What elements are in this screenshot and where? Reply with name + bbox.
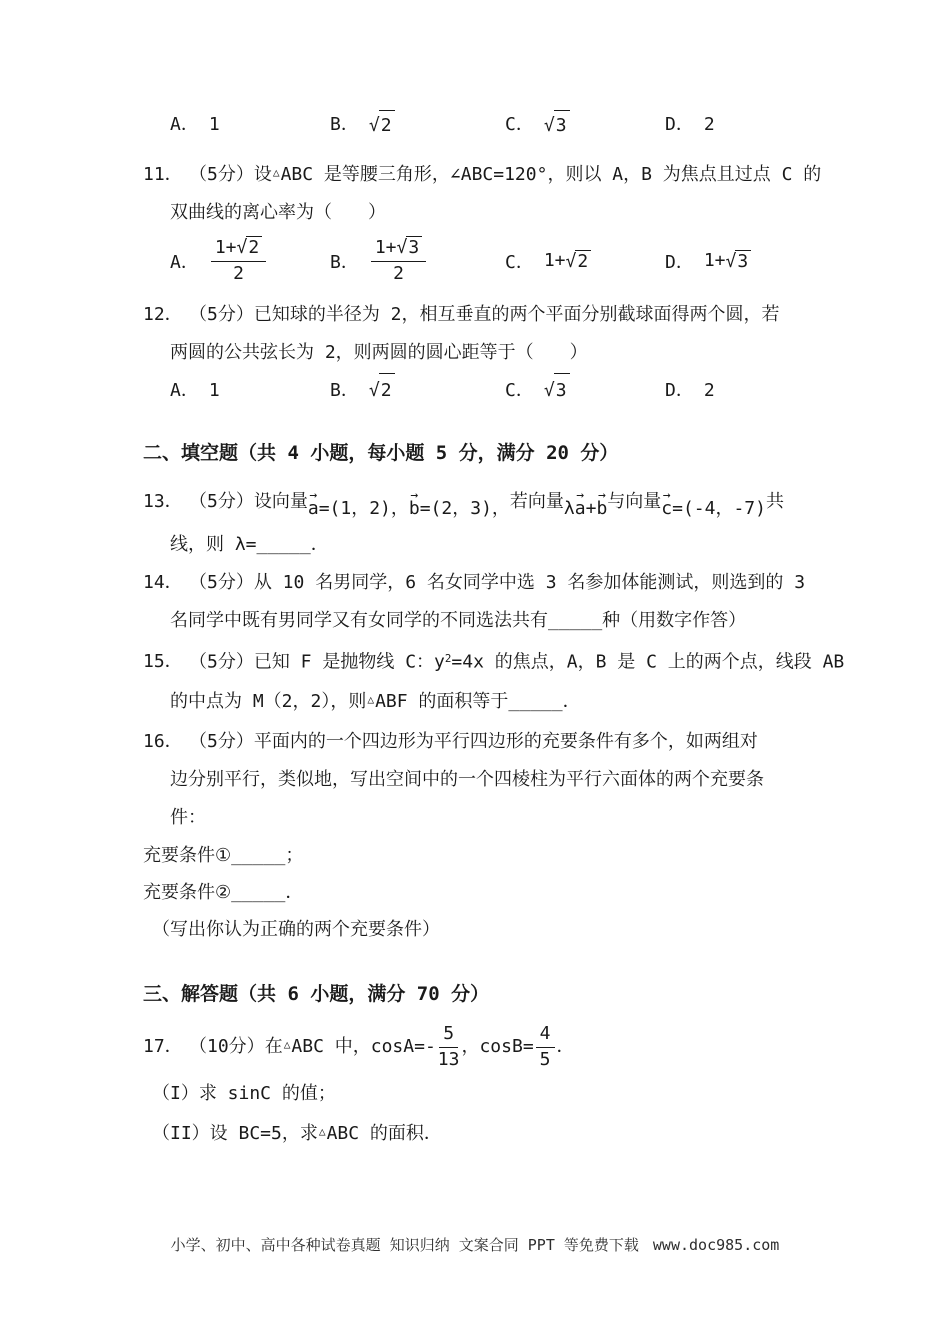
footer-text: 小学、初中、高中各种试卷真题 知识归纳 文案合同 PPT 等免费下载 (171, 1236, 639, 1254)
question-text: （II）设 BC=5，求 (152, 1123, 318, 1144)
question-text: 若向量 (510, 491, 564, 512)
section-3-header: 三、解答题（共 6 小题，满分 70 分） (143, 975, 950, 1013)
option-label: B． (330, 248, 359, 274)
denominator: 13 (438, 1048, 460, 1072)
question-text: ． (557, 1036, 575, 1057)
option-c: C． √3 (505, 373, 665, 408)
option-label: C． (505, 374, 534, 408)
option-b: B． √2 (330, 373, 505, 408)
option-label: B． (330, 374, 359, 408)
option-c: C． 1+√2 (505, 248, 665, 274)
question-10-options: A．1 B． √2 C． √3 D．2 (170, 110, 950, 140)
question-number: 17． (143, 1019, 189, 1075)
question-text: 平面内的一个四边形为平行四边形的充要条件有多个，如两组对 (254, 731, 758, 752)
footer-url: www.doc985.com (653, 1236, 779, 1254)
exam-document-page: A．1 B． √2 C． √3 D．2 11．（5分）设△ABC 是等腰三角形，… (0, 0, 950, 1344)
sqrt-expression: √2 (369, 373, 395, 408)
question-text: ABC 中，cosA=- (291, 1036, 435, 1057)
question-text: 两圆的公共弦长为 2，则两圆的圆心距等于（ ） (170, 342, 588, 363)
question-17-part-2: （II）设 BC=5，求△ABC 的面积． (152, 1113, 950, 1153)
option-b: B． √2 (330, 110, 505, 141)
numerator: 4 (536, 1023, 555, 1048)
sqrt-expression: √2 (566, 250, 592, 272)
question-text: ABF 的面积等于_____． (375, 691, 581, 712)
question-text: 共 (766, 491, 784, 512)
sqrt-expression: √3 (397, 236, 423, 260)
question-text: ABC 是等腰三角形，∠ABC=120°，则以 A，B 为焦点且过点 C 的 (281, 164, 822, 185)
sqrt-expression: √2 (369, 110, 395, 141)
question-text: 边分别平行，类似地，写出空间中的一个四棱柱为平行六面体的两个充要条 (170, 769, 764, 790)
vector-arrow-icon: → (598, 489, 606, 503)
plus-sign: + (586, 498, 597, 519)
page-footer: 小学、初中、高中各种试卷真题 知识归纳 文案合同 PPT 等免费下载www.do… (0, 1234, 950, 1256)
radicand: 3 (735, 250, 751, 272)
question-score: （5分） (189, 572, 254, 593)
question-14-line-2: 名同学中既有男同学又有女同学的不同选法共有_____种（用数字作答） (170, 602, 950, 640)
option-text: 1+ (704, 250, 726, 271)
question-number: 16． (143, 723, 189, 761)
question-16-condition-1: 充要条件①_____； (143, 837, 950, 874)
question-text: 的中点为 M（2，2），则 (170, 691, 366, 712)
vector-value: =(1，2)， (319, 498, 409, 519)
fraction: 513 (438, 1023, 460, 1071)
note-text: （写出你认为正确的两个充要条件） (152, 919, 440, 940)
question-13-line-2: 线，则 λ=_____． (170, 526, 950, 564)
section-2-header: 二、填空题（共 4 小题，每小题 5 分，满分 20 分） (143, 434, 950, 472)
numerator-text: 1+ (375, 237, 397, 260)
question-number: 15． (143, 643, 189, 681)
question-16-condition-2: 充要条件②_____． (143, 874, 950, 911)
question-score: （5分） (189, 304, 254, 325)
question-12-line-1: 12．（5分）已知球的半径为 2，相互垂直的两个平面分别截球面得两个圆，若 (143, 296, 950, 334)
question-score: （5分） (189, 651, 254, 672)
denominator: 5 (540, 1048, 551, 1072)
radicand: 3 (554, 110, 570, 141)
question-text: =4x 的焦点，A，B 是 C 上的两个点，线段 AB (451, 651, 844, 672)
vector-a-definition: →a=(1，2)，→b=(2，3)， (308, 499, 510, 519)
vector-a: →a (308, 499, 319, 519)
question-11-line-1: 11．（5分）设△ABC 是等腰三角形，∠ABC=120°，则以 A，B 为焦点… (143, 154, 950, 194)
question-16-note: （写出你认为正确的两个充要条件） (152, 911, 950, 949)
question-number: 14． (143, 564, 189, 602)
question-text: （I）求 sinC 的值； (152, 1083, 336, 1104)
sqrt-expression: √2 (237, 236, 263, 260)
option-value: 1 (209, 110, 220, 140)
triangle-icon: △ (273, 166, 280, 179)
radicand: 2 (379, 373, 395, 408)
question-text: 双曲线的离心率为（ ） (170, 202, 386, 223)
radicand: 3 (406, 236, 422, 260)
option-value: 2 (704, 110, 715, 140)
question-16-line-1: 16．（5分）平面内的一个四边形为平行四边形的充要条件有多个，如两组对 (143, 723, 950, 761)
question-text: 已知 F 是抛物线 C：y (254, 651, 445, 672)
option-a: A． 1+√2 2 (170, 236, 330, 285)
fill-blank-text: 充要条件①_____； (143, 845, 303, 866)
radicand: 2 (575, 250, 591, 272)
option-d: D．2 (665, 374, 715, 408)
vector-value: =(-4，-7) (672, 498, 766, 519)
option-a: A．1 (170, 110, 330, 140)
question-12-options: A．1 B． √2 C． √3 D．2 (170, 374, 950, 408)
question-score: （10分） (189, 1036, 265, 1057)
question-number: 11． (143, 156, 189, 194)
question-text: 设 (254, 164, 272, 185)
question-text: ABC 的面积． (327, 1123, 442, 1144)
option-label: C． (505, 110, 534, 140)
option-value: 2 (704, 374, 715, 408)
option-text: 1+ (544, 250, 566, 271)
question-15-line-1: 15．（5分）已知 F 是抛物线 C：y2=4x 的焦点，A，B 是 C 上的两… (143, 640, 950, 681)
lambda-symbol: λ (564, 498, 575, 519)
vector-arrow-icon: → (576, 489, 584, 503)
radicand: 3 (554, 373, 570, 408)
option-label: A． (170, 374, 199, 408)
option-value: 1 (209, 374, 220, 408)
triangle-icon: △ (319, 1125, 326, 1138)
question-16-line-2: 边分别平行，类似地，写出空间中的一个四棱柱为平行六面体的两个充要条 (170, 761, 950, 799)
sqrt-expression: √3 (726, 250, 752, 272)
option-label: A． (170, 110, 199, 140)
triangle-icon: △ (284, 1038, 291, 1051)
question-number: 12． (143, 296, 189, 334)
numerator-text: 1+ (215, 237, 237, 260)
vector-arrow-icon: → (410, 489, 418, 503)
option-c: C． √3 (505, 110, 665, 141)
question-11-line-2: 双曲线的离心率为（ ） (170, 194, 950, 232)
vector-value: =(2，3)， (420, 498, 510, 519)
question-15-line-2: 的中点为 M（2，2），则△ABF 的面积等于_____． (170, 681, 950, 721)
denominator: 2 (233, 262, 244, 286)
question-16-line-3: 件： (170, 799, 950, 837)
section-title: 二、填空题（共 4 小题，每小题 5 分，满分 20 分） (143, 442, 618, 464)
option-label: A． (170, 248, 199, 274)
numerator: 5 (439, 1023, 458, 1048)
question-text: 设向量 (254, 491, 308, 512)
question-17-part-1: （I）求 sinC 的值； (152, 1075, 950, 1113)
vector-arrow-icon: → (663, 489, 671, 503)
question-text: 在 (265, 1036, 283, 1057)
denominator: 2 (393, 262, 404, 286)
question-score: （5分） (189, 491, 254, 512)
vector-c: →c (661, 499, 672, 519)
radicand: 2 (379, 110, 395, 141)
question-11-options: A． 1+√2 2 B． 1+√3 2 C． 1+√2 D． 1+√3 (170, 232, 950, 290)
radicand: 2 (246, 236, 262, 260)
question-text: 从 10 名男同学，6 名女同学中选 3 名参加体能测试，则选到的 3 (254, 572, 805, 593)
question-13-line-1: 13．（5分）设向量→a=(1，2)，→b=(2，3)，若向量λ→a+→b与向量… (143, 478, 950, 526)
option-label: D． (665, 374, 694, 408)
vector-b: →b (596, 499, 607, 519)
question-score: （5分） (189, 164, 254, 185)
vector-a: →a (575, 499, 586, 519)
option-b: B． 1+√3 2 (330, 236, 505, 285)
option-label: D． (665, 248, 694, 274)
lambda-a-plus-b-expression: λ→a+→b (564, 499, 607, 519)
vector-b: →b (409, 499, 420, 519)
question-text: 已知球的半径为 2，相互垂直的两个平面分别截球面得两个圆，若 (254, 304, 780, 325)
option-d: D． 1+√3 (665, 248, 751, 274)
question-score: （5分） (189, 731, 254, 752)
question-text: 件： (170, 807, 206, 828)
option-a: A．1 (170, 374, 330, 408)
question-14-line-1: 14．（5分）从 10 名男同学，6 名女同学中选 3 名参加体能测试，则选到的… (143, 564, 950, 602)
question-text: 线，则 λ=_____． (170, 534, 329, 555)
section-title: 三、解答题（共 6 小题，满分 70 分） (143, 983, 489, 1005)
option-label: D． (665, 110, 694, 140)
question-text: 与向量 (607, 491, 661, 512)
sqrt-expression: √3 (544, 110, 570, 141)
question-17-line-1: 17．（10分）在△ABC 中，cosA=-513，cosB=45． (143, 1017, 950, 1073)
sqrt-expression: √3 (544, 373, 570, 408)
fraction: 45 (536, 1023, 555, 1071)
option-label: C． (505, 248, 534, 274)
vector-arrow-icon: → (309, 489, 317, 503)
question-number: 13． (143, 478, 189, 526)
fraction: 1+√3 2 (371, 236, 426, 285)
question-12-line-2: 两圆的公共弦长为 2，则两圆的圆心距等于（ ） (170, 334, 950, 372)
triangle-icon: △ (367, 693, 374, 706)
option-d: D．2 (665, 110, 715, 140)
vector-c-definition: →c=(-4，-7) (661, 499, 766, 519)
fraction: 1+√2 2 (211, 236, 266, 285)
fill-blank-text: 充要条件②_____． (143, 882, 303, 903)
question-text: 名同学中既有男同学又有女同学的不同选法共有_____种（用数字作答） (170, 610, 746, 631)
option-label: B． (330, 110, 359, 140)
question-text: ，cosB= (461, 1036, 533, 1057)
